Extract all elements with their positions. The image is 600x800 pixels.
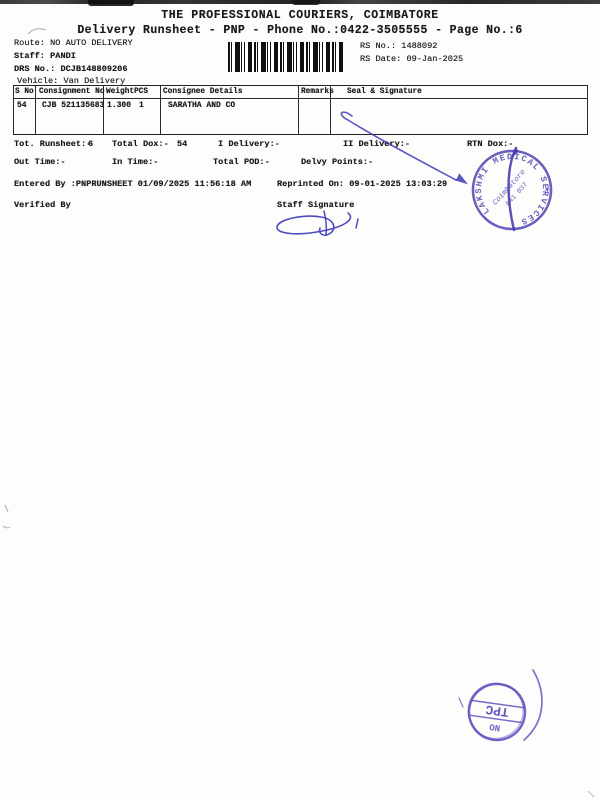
row-consignment-no: CJB 521135683 xyxy=(42,101,104,110)
col-header-seal: Seal & Signature xyxy=(347,88,422,96)
total-pod-label: Total POD:- xyxy=(213,157,270,167)
rs-date-line: RS Date: 09-Jan-2025 xyxy=(360,54,463,64)
scan-artifact-corner xyxy=(586,788,600,800)
route-line: Route: NO AUTO DELIVERY xyxy=(14,38,133,48)
row-consignee: SARATHA AND CO xyxy=(168,101,235,110)
drs-value: DCJB148809206 xyxy=(60,64,127,74)
barcode xyxy=(228,42,343,72)
rs-no-label: RS No.: xyxy=(360,41,396,51)
rs-no-value: 1488092 xyxy=(401,41,437,51)
consignment-table: S No Consignment No Weight PCS Consignee… xyxy=(13,85,588,135)
pen-squiggle-mark xyxy=(24,24,54,38)
tpc-round-stamp: TPC NO xyxy=(455,668,575,768)
verified-by-label: Verified By xyxy=(14,200,71,210)
rs-no-line: RS No.: 1488092 xyxy=(360,41,437,51)
col-header-remarks: Remarks xyxy=(301,88,334,96)
pen-arrow-mark xyxy=(330,100,480,195)
total-dox-value: 54 xyxy=(177,139,187,149)
pen-curve-mark xyxy=(524,670,542,740)
staff-signature-scribble xyxy=(268,205,368,245)
drs-label: DRS No.: xyxy=(14,64,55,74)
staff-value: PANDI xyxy=(50,51,76,61)
row-weight: 1.300 xyxy=(107,101,131,110)
table-divider xyxy=(35,86,36,134)
document-title: THE PROFESSIONAL COURIERS, COIMBATORE xyxy=(0,9,600,22)
tot-runsheet-value: 6 xyxy=(88,139,93,149)
table-divider xyxy=(160,86,161,134)
total-dox-label: Total Dox:- xyxy=(112,139,169,149)
row-pcs: 1 xyxy=(139,101,144,110)
scan-artifact-blob xyxy=(88,0,134,6)
table-divider xyxy=(587,86,588,134)
entered-by-line: Entered By :PNPRUNSHEET 01/09/2025 11:56… xyxy=(14,179,251,189)
rs-date-value: 09-Jan-2025 xyxy=(406,54,463,64)
tot-runsheet-label: Tot. Runsheet:- xyxy=(14,139,91,149)
col-header-consignment: Consignment No xyxy=(39,88,105,96)
lakshmi-round-stamp: LAKSHMI MEDICAL SERVICES ★ Coimbatore 64… xyxy=(462,140,572,240)
scan-artifact-left-edge xyxy=(0,500,20,545)
col-header-weight: Weight xyxy=(106,88,134,96)
i-delivery-label: I Delivery:- xyxy=(218,139,280,149)
col-header-consignee: Consignee Details xyxy=(163,88,243,96)
scan-artifact-blob xyxy=(292,0,320,5)
pen-tick-mark xyxy=(459,698,463,707)
tpc-stamp-no-text: NO xyxy=(488,721,501,732)
staff-line: Staff: PANDI xyxy=(14,51,76,61)
table-divider xyxy=(13,86,14,134)
scanned-delivery-runsheet: THE PROFESSIONAL COURIERS, COIMBATORE De… xyxy=(0,0,600,800)
staff-label: Staff: xyxy=(14,51,45,61)
col-header-pcs: PCS xyxy=(134,88,148,96)
route-label: Route: xyxy=(14,38,45,48)
table-divider xyxy=(298,86,299,134)
in-time-label: In Time:- xyxy=(112,157,158,167)
rs-date-label: RS Date: xyxy=(360,54,401,64)
row-sno: 54 xyxy=(17,101,27,110)
route-value: NO AUTO DELIVERY xyxy=(50,38,133,48)
col-header-sno: S No xyxy=(15,88,34,96)
tpc-stamp-text: TPC xyxy=(484,701,509,719)
drs-line: DRS No.: DCJB148809206 xyxy=(14,64,127,74)
out-time-label: Out Time:- xyxy=(14,157,66,167)
document-subtitle: Delivery Runsheet - PNP - Phone No.:0422… xyxy=(0,24,600,37)
table-header-rule xyxy=(13,98,588,99)
